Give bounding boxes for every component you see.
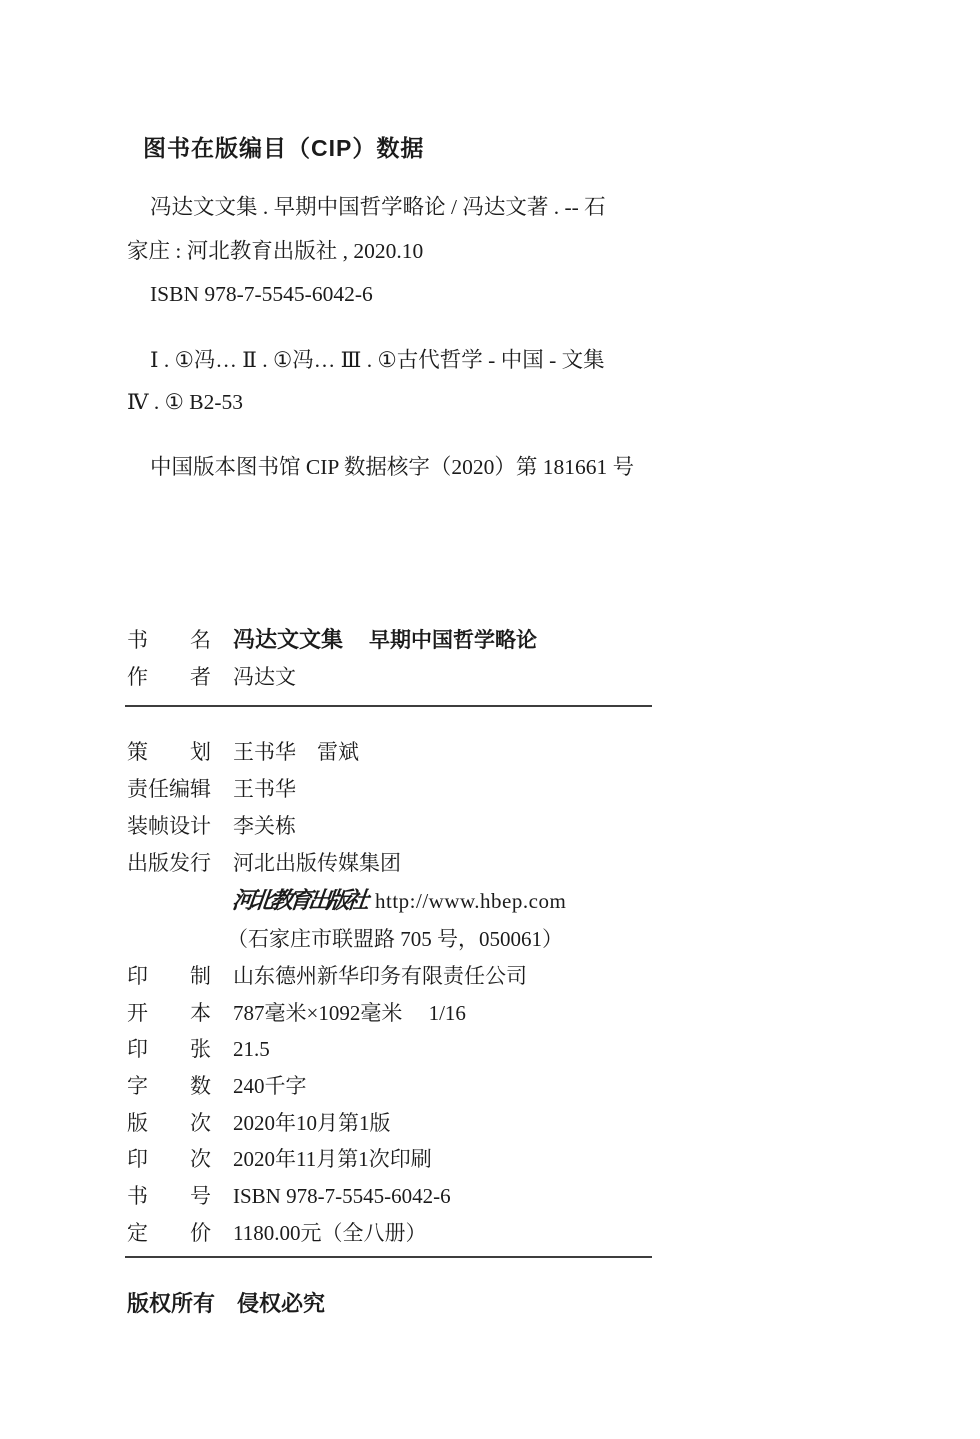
book-title-row: 书 名冯达文文集早期中国哲学略论: [127, 622, 747, 659]
designer-value: 李关栋: [233, 814, 296, 838]
sheets-row: 印 张21.5: [127, 1031, 747, 1068]
isbn-row: 书 号ISBN 978-7-5545-6042-6: [127, 1178, 747, 1215]
designer-row: 装帧设计李关栋: [127, 808, 747, 845]
printer-label: 印 制: [127, 958, 213, 995]
format-value: 787毫米×1092毫米 1/16: [233, 1001, 466, 1025]
divider-rule-top: [125, 705, 652, 707]
editor-label: 责任编辑: [127, 771, 213, 808]
author-label: 作 者: [127, 659, 213, 696]
author-row: 作 者冯达文: [127, 659, 747, 696]
publisher-value: 河北出版传媒集团: [233, 851, 401, 875]
book-title: 冯达文文集: [233, 627, 343, 652]
publisher-label: 出版发行: [127, 845, 213, 882]
planner-label: 策 划: [127, 734, 213, 771]
designer-label: 装帧设计: [127, 808, 213, 845]
copyright-page: 图书在版编目（CIP）数据 冯达文文集 . 早期中国哲学略论 / 冯达文著 . …: [0, 0, 980, 1439]
cip-classification-line-2: Ⅳ . ① B2-53: [127, 381, 605, 423]
divider-rule-bottom: [125, 1256, 652, 1258]
wordcount-row: 字 数240千字: [127, 1068, 747, 1105]
price-row: 定 价1180.00元（全八册）: [127, 1215, 747, 1252]
publisher-address-row: （石家庄市联盟路 705 号，050061）: [127, 921, 747, 958]
cip-record-line-1: 冯达文文集 . 早期中国哲学略论 / 冯达文著 . -- 石: [127, 186, 606, 230]
publisher-row: 出版发行河北出版传媒集团: [127, 845, 747, 882]
publisher-logo: 河北教育出版社: [230, 881, 367, 921]
planner-row: 策 划王书华 雷斌: [127, 734, 747, 771]
wordcount-value: 240千字: [233, 1074, 307, 1098]
printer-value: 山东德州新华印务有限责任公司: [233, 964, 527, 988]
cip-record-line-2: 家庄 : 河北教育出版社 , 2020.10: [127, 230, 606, 274]
cip-heading: 图书在版编目（CIP）数据: [143, 130, 424, 163]
edition-value: 2020年10月第1版: [233, 1111, 391, 1135]
publisher-url: http://www.hbep.com: [375, 889, 566, 913]
price-label: 定 价: [127, 1215, 213, 1252]
editor-row: 责任编辑王书华: [127, 771, 747, 808]
cip-record-number: 中国版本图书馆 CIP 数据核字（2020）第 181661 号: [127, 446, 634, 488]
wordcount-label: 字 数: [127, 1068, 213, 1105]
colophon: 书 名冯达文文集早期中国哲学略论 作 者冯达文 策 划王书华 雷斌 责任编辑王书…: [127, 622, 747, 1252]
isbn-value: ISBN 978-7-5545-6042-6: [233, 1184, 451, 1208]
printer-row: 印 制山东德州新华印务有限责任公司: [127, 958, 747, 995]
impression-value: 2020年11月第1次印刷: [233, 1147, 432, 1171]
author-value: 冯达文: [233, 665, 296, 689]
edition-label: 版 次: [127, 1105, 213, 1142]
publisher-logo-row: 河北教育出版社http://www.hbep.com: [127, 881, 747, 921]
editor-value: 王书华: [233, 777, 296, 801]
book-title-label: 书 名: [127, 622, 213, 659]
sheets-value: 21.5: [233, 1037, 270, 1061]
sheets-label: 印 张: [127, 1031, 213, 1068]
cip-record-paragraph: 冯达文文集 . 早期中国哲学略论 / 冯达文著 . -- 石 家庄 : 河北教育…: [127, 186, 606, 317]
edition-row: 版 次2020年10月第1版: [127, 1105, 747, 1142]
price-value: 1180.00元（全八册）: [233, 1221, 426, 1245]
impression-label: 印 次: [127, 1141, 213, 1178]
format-row: 开 本787毫米×1092毫米 1/16: [127, 995, 747, 1032]
impression-row: 印 次2020年11月第1次印刷: [127, 1141, 747, 1178]
book-subtitle: 早期中国哲学略论: [369, 628, 537, 652]
format-label: 开 本: [127, 995, 213, 1032]
cip-isbn-line: ISBN 978-7-5545-6042-6: [127, 273, 606, 317]
planner-value: 王书华 雷斌: [233, 740, 359, 764]
copyright-notice: 版权所有 侵权必究: [127, 1287, 325, 1318]
cip-classification-paragraph: Ⅰ . ①冯… Ⅱ . ①冯… Ⅲ . ①古代哲学 - 中国 - 文集 Ⅳ . …: [127, 339, 605, 423]
cip-classification-line-1: Ⅰ . ①冯… Ⅱ . ①冯… Ⅲ . ①古代哲学 - 中国 - 文集: [127, 339, 605, 381]
isbn-label: 书 号: [127, 1178, 213, 1215]
